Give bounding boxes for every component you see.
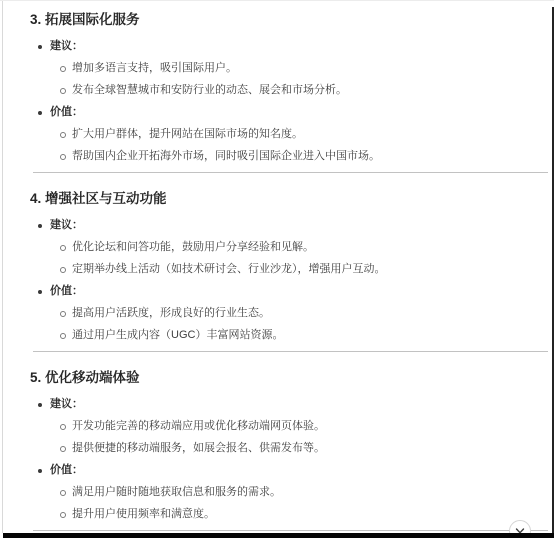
list-item-text: 扩大用户群体，提升网站在国际市场的知名度。 <box>72 128 303 140</box>
list-item-label: 价值： <box>30 106 544 119</box>
list-item: 通过用户生成内容（UGC）丰富网站资源。 <box>30 329 544 342</box>
section-divider <box>33 351 548 352</box>
section-divider <box>33 172 548 173</box>
circle-bullet-icon <box>60 154 66 160</box>
bottom-bar <box>3 533 554 538</box>
list-item-text: 优化论坛和问答功能，鼓励用户分享经验和见解。 <box>72 241 314 253</box>
circle-bullet-icon <box>60 446 66 452</box>
group-label: 建议： <box>50 219 83 231</box>
circle-bullet-icon <box>60 424 66 430</box>
circle-bullet-icon <box>60 88 66 94</box>
circle-bullet-icon <box>60 512 66 518</box>
list-item-text: 定期举办线上活动（如技术研讨会、行业沙龙），增强用户互动。 <box>72 263 386 275</box>
list-item: 帮助国内企业开拓海外市场，同时吸引国际企业进入中国市场。 <box>30 150 544 163</box>
section-heading: 3. 拓展国际化服务 <box>30 12 554 28</box>
list-item-label: 建议： <box>30 40 544 53</box>
list-item-text: 提高用户活跃度，形成良好的行业生态。 <box>72 307 270 319</box>
document-viewer: 3. 拓展国际化服务 建议： 增加多语言支持，吸引国际用户。 发布全球智慧城市和… <box>0 0 554 538</box>
list-item-text: 提供便捷的移动端服务，如展会报名、供需发布等。 <box>72 442 325 454</box>
bullet-icon <box>38 111 42 115</box>
list-item-text: 发布全球智慧城市和安防行业的动态、展会和市场分析。 <box>72 84 347 96</box>
group-label: 建议： <box>50 398 83 410</box>
bullet-icon <box>38 224 42 228</box>
bullet-icon <box>38 290 42 294</box>
list-item-label: 建议： <box>30 219 544 232</box>
list-item: 满足用户随时随地获取信息和服务的需求。 <box>30 486 544 499</box>
list-item: 发布全球智慧城市和安防行业的动态、展会和市场分析。 <box>30 84 544 97</box>
circle-bullet-icon <box>60 333 66 339</box>
list-item-text: 帮助国内企业开拓海外市场，同时吸引国际企业进入中国市场。 <box>72 150 380 162</box>
list-item-label: 价值： <box>30 285 544 298</box>
list-item-text: 通过用户生成内容（UGC）丰富网站资源。 <box>72 329 283 341</box>
section-heading: 4. 增强社区与互动功能 <box>30 191 554 207</box>
group-label: 价值： <box>50 464 83 476</box>
circle-bullet-icon <box>60 66 66 72</box>
list-item: 优化论坛和问答功能，鼓励用户分享经验和见解。 <box>30 241 544 254</box>
list-item: 提升用户使用频率和满意度。 <box>30 508 544 521</box>
circle-bullet-icon <box>60 132 66 138</box>
list-item-label: 建议： <box>30 398 544 411</box>
circle-bullet-icon <box>60 245 66 251</box>
circle-bullet-icon <box>60 490 66 496</box>
section-5: 5. 优化移动端体验 建议： 开发功能完善的移动端应用或优化移动端网页体验。 提… <box>30 370 554 521</box>
bullet-icon <box>38 45 42 49</box>
list-item-text: 增加多语言支持，吸引国际用户。 <box>72 62 237 74</box>
section-3: 3. 拓展国际化服务 建议： 增加多语言支持，吸引国际用户。 发布全球智慧城市和… <box>30 12 554 163</box>
list-item-text: 提升用户使用频率和满意度。 <box>72 508 215 520</box>
document-content: 3. 拓展国际化服务 建议： 增加多语言支持，吸引国际用户。 发布全球智慧城市和… <box>0 1 554 531</box>
circle-bullet-icon <box>60 267 66 273</box>
list-item-label: 价值： <box>30 464 544 477</box>
list-item: 增加多语言支持，吸引国际用户。 <box>30 62 544 75</box>
list-item-text: 开发功能完善的移动端应用或优化移动端网页体验。 <box>72 420 325 432</box>
list-item: 扩大用户群体，提升网站在国际市场的知名度。 <box>30 128 544 141</box>
bullet-icon <box>38 403 42 407</box>
section-heading: 5. 优化移动端体验 <box>30 370 554 386</box>
section-4: 4. 增强社区与互动功能 建议： 优化论坛和问答功能，鼓励用户分享经验和见解。 … <box>30 191 554 342</box>
list-item: 提高用户活跃度，形成良好的行业生态。 <box>30 307 544 320</box>
list-item: 开发功能完善的移动端应用或优化移动端网页体验。 <box>30 420 544 433</box>
circle-bullet-icon <box>60 311 66 317</box>
bullet-icon <box>38 469 42 473</box>
group-label: 价值： <box>50 285 83 297</box>
group-label: 建议： <box>50 40 83 52</box>
list-item-text: 满足用户随时随地获取信息和服务的需求。 <box>72 486 281 498</box>
section-divider <box>33 530 548 531</box>
list-item: 定期举办线上活动（如技术研讨会、行业沙龙），增强用户互动。 <box>30 263 544 276</box>
group-label: 价值： <box>50 106 83 118</box>
left-edge-line <box>2 1 3 533</box>
list-item: 提供便捷的移动端服务，如展会报名、供需发布等。 <box>30 442 544 455</box>
